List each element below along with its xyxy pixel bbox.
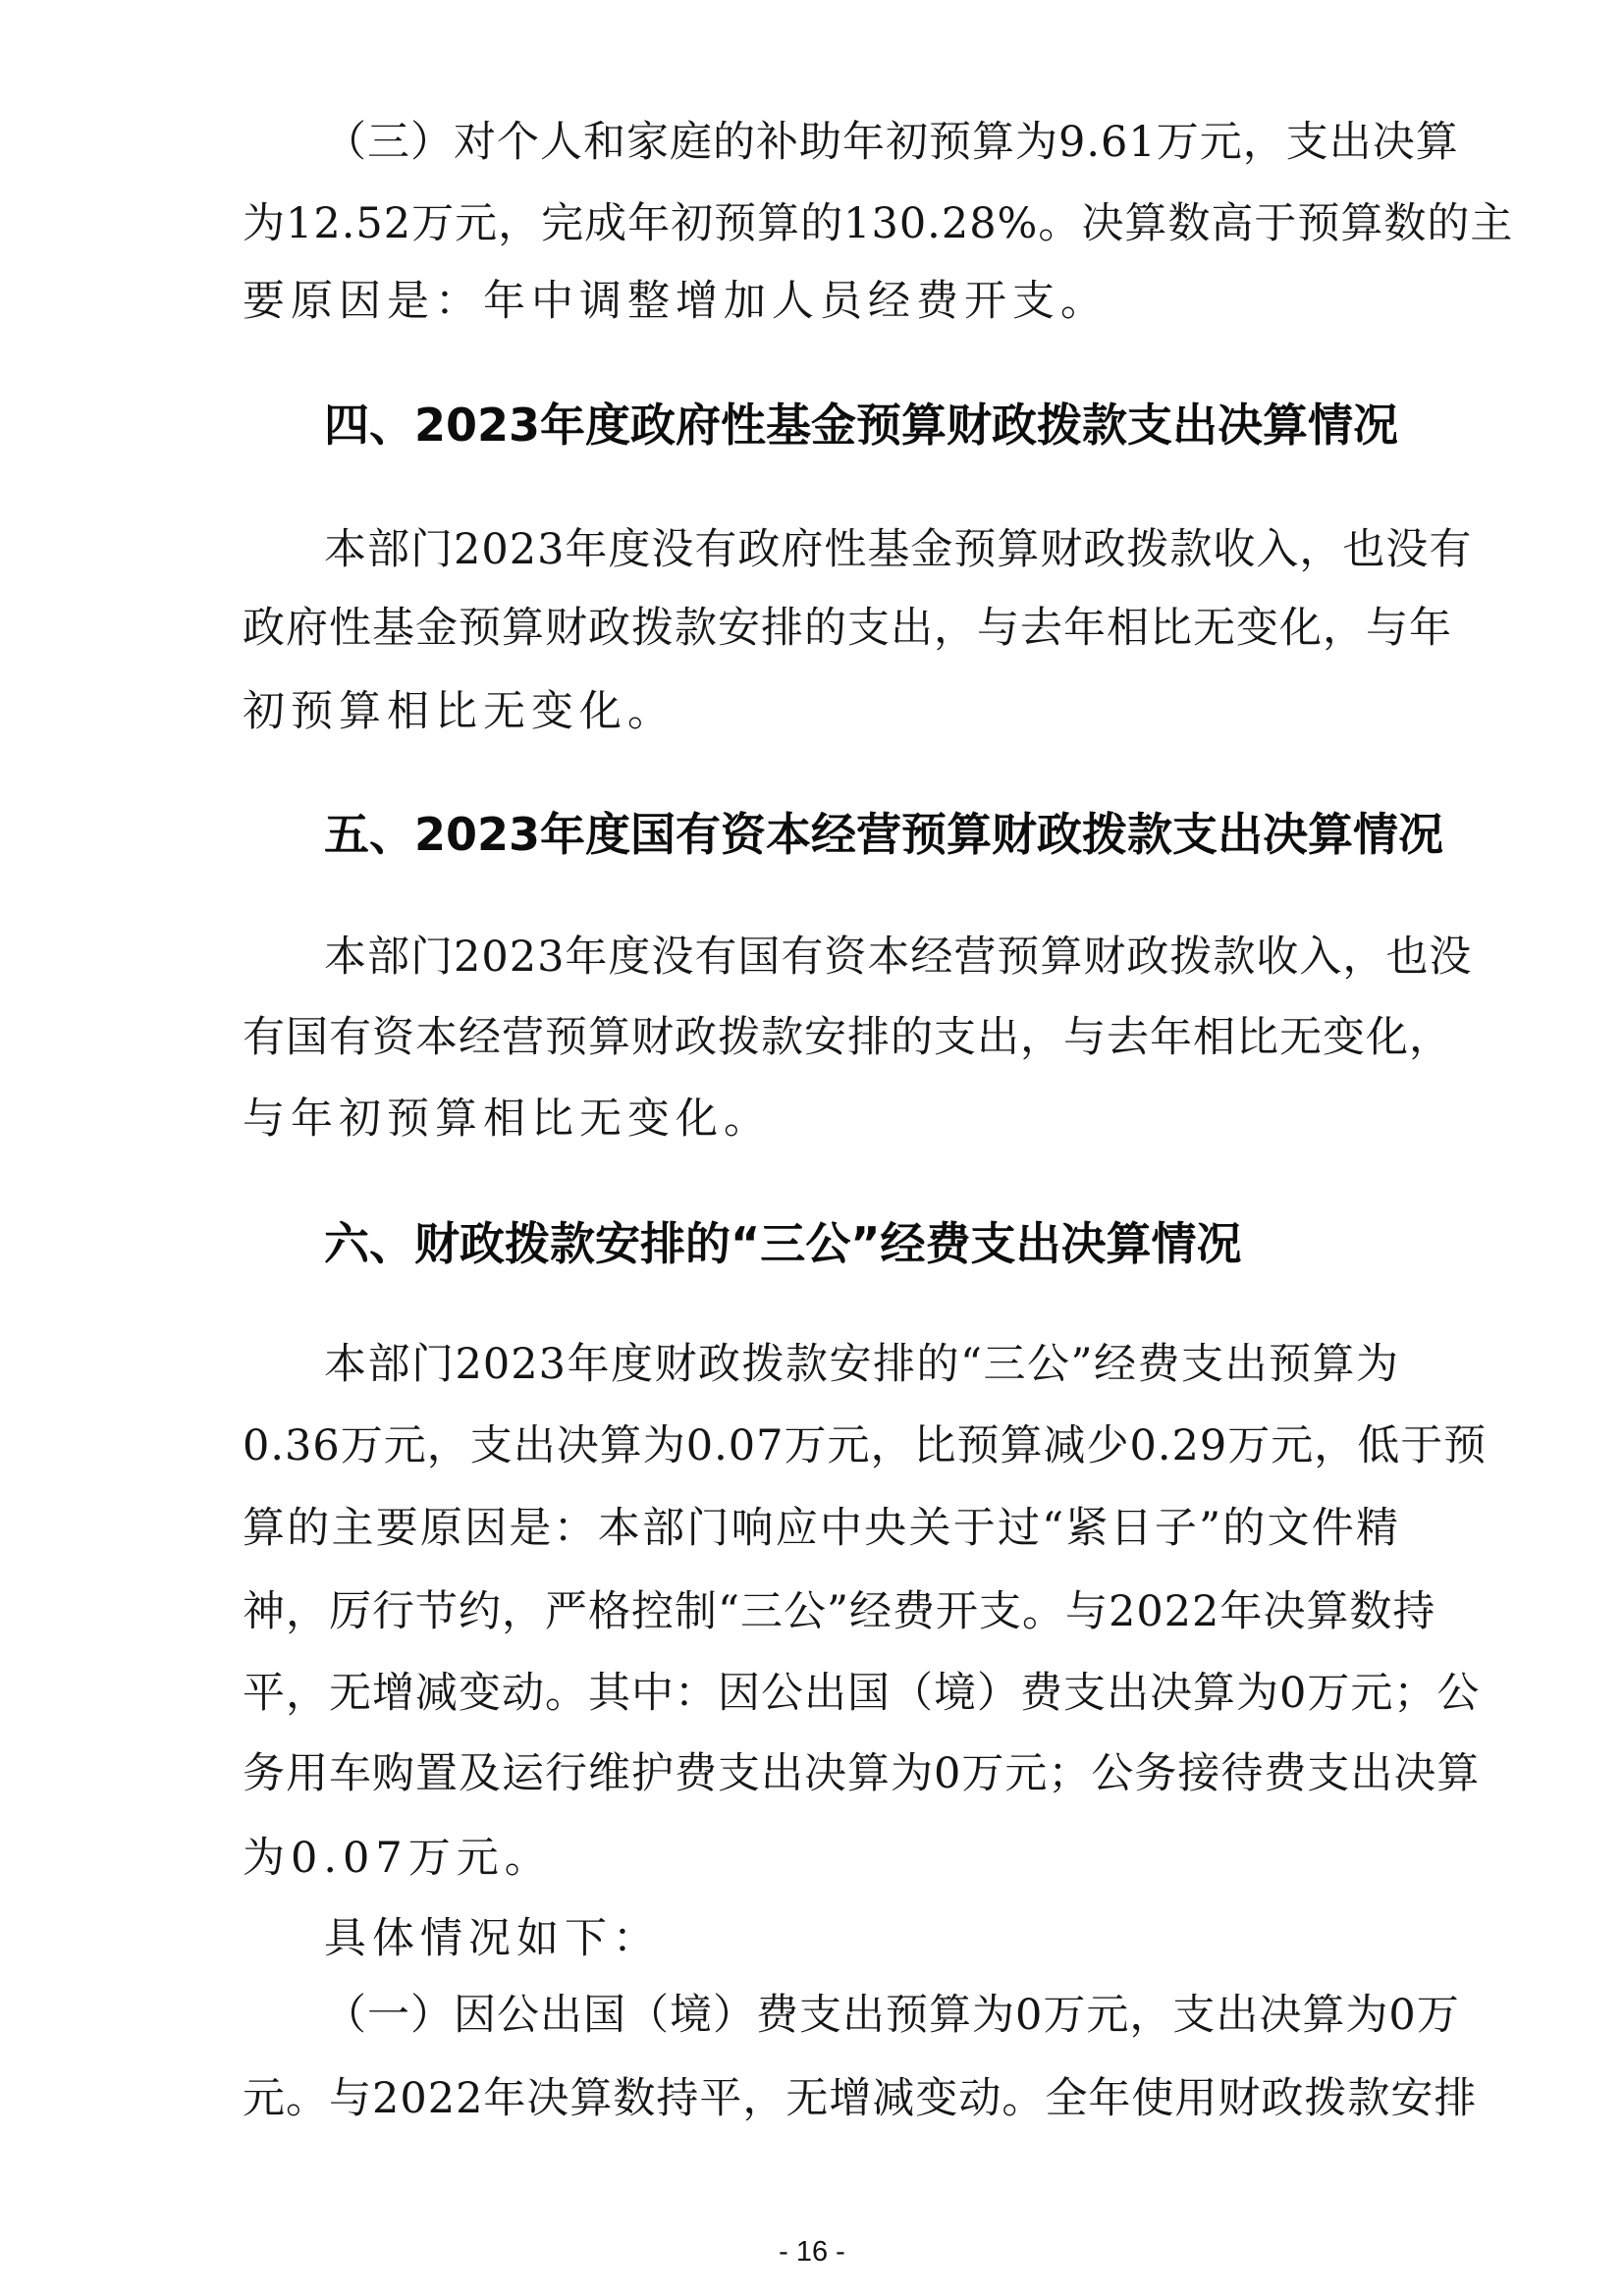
- paragraph-line: 为12.52万元，完成年初预算的130.28%。决算数高于预算数的主: [243, 194, 1399, 253]
- paragraph-line: 本部门2023年度没有国有资本经营预算财政拨款收入，也没: [324, 928, 1399, 987]
- paragraph-line: 0.36万元，支出决算为0.07万元，比预算减少0.29万元，低于预: [243, 1416, 1399, 1475]
- paragraph-line: 本部门2023年度财政拨款安排的“三公”经费支出预算为: [324, 1335, 1399, 1394]
- paragraph-line: 本部门2023年度没有政府性基金预算财政拨款收入，也没有: [324, 520, 1399, 579]
- section-heading-4: 四、2023年度政府性基金预算财政拨款支出决算情况: [324, 394, 1398, 456]
- paragraph-line: 算的主要原因是：本部门响应中央关于过“紧日子”的文件精: [243, 1499, 1399, 1558]
- paragraph-line: 务用车购置及运行维护费支出决算为0万元；公务接待费支出决算: [243, 1744, 1399, 1803]
- detail-intro: 具体情况如下：: [324, 1909, 1399, 1968]
- paragraph-line: 要原因是：年中调整增加人员经费开支。: [243, 272, 1399, 331]
- paragraph-line: 神，厉行节约，严格控制“三公”经费开支。与2022年决算数持: [243, 1582, 1399, 1641]
- paragraph-line: 初预算相比无变化。: [243, 682, 1399, 741]
- sub-item-line: （一）因公出国（境）费支出预算为0万元，支出决算为0万: [324, 1986, 1399, 2045]
- paragraph-line: 平，无增减变动。其中：因公出国（境）费支出决算为0万元；公: [243, 1664, 1399, 1723]
- document-page: （三）对个人和家庭的补助年初预算为9.61万元，支出决算 为12.52万元，完成…: [0, 0, 1624, 2296]
- paragraph-line: 政府性基金预算财政拨款安排的支出，与去年相比无变化，与年: [243, 599, 1399, 658]
- section-heading-5: 五、2023年度国有资本经营预算财政拨款支出决算情况: [324, 803, 1443, 866]
- paragraph-line: 与年初预算相比无变化。: [243, 1090, 1399, 1148]
- paragraph-line: 为0.07万元。: [243, 1829, 1399, 1888]
- section-heading-6: 六、财政拨款安排的“三公”经费支出决算情况: [324, 1212, 1241, 1275]
- sub-item-line: 元。与2022年决算数持平，无增减变动。全年使用财政拨款安排: [243, 2069, 1399, 2128]
- paragraph-line: （三）对个人和家庭的补助年初预算为9.61万元，支出决算: [324, 113, 1399, 172]
- paragraph-line: 有国有资本经营预算财政拨款安排的支出，与去年相比无变化，: [243, 1008, 1399, 1067]
- page-number: - 16 -: [0, 2232, 1624, 2271]
